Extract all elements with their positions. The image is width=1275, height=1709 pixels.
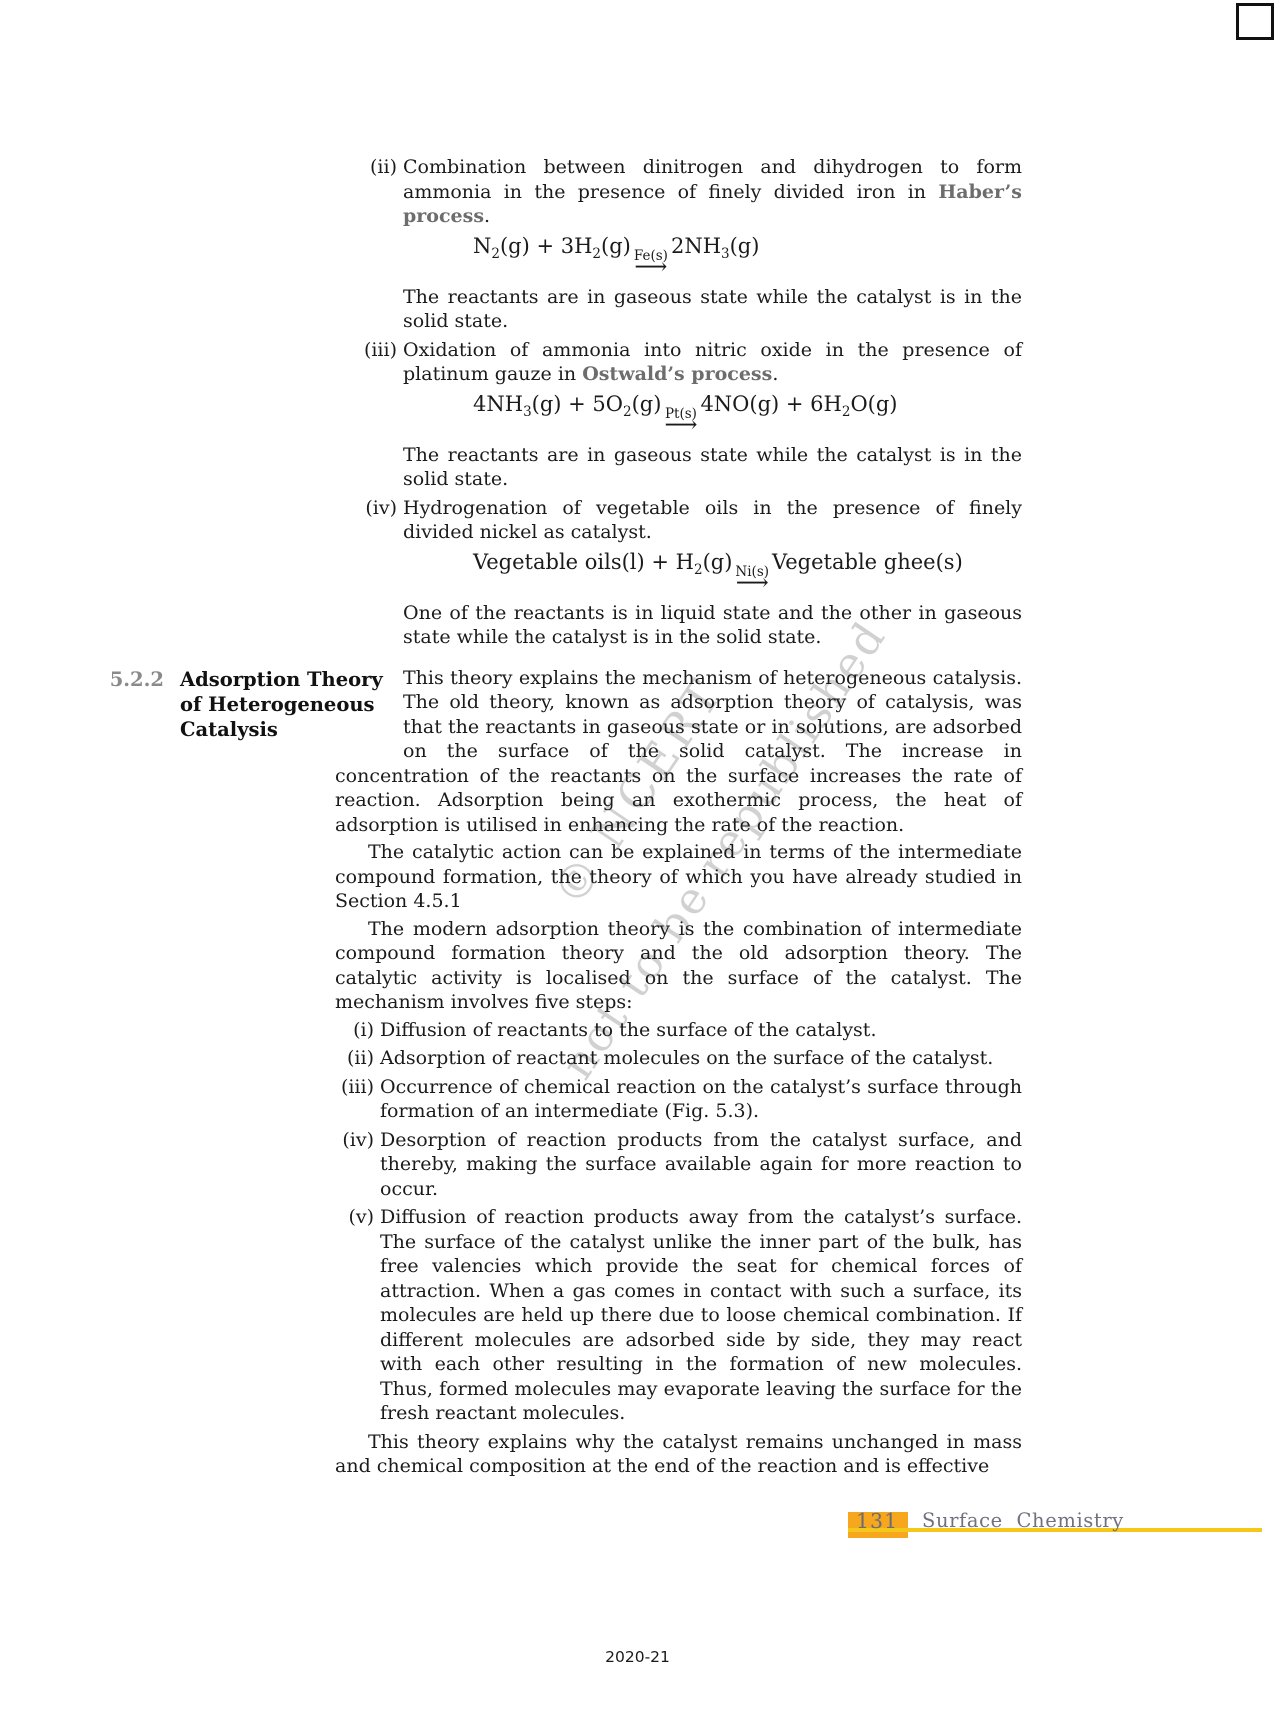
section-5-2-2: 5.2.2 Adsorption Theory of Heterogeneous… <box>335 666 1022 1479</box>
list-item-iii: (iii) Oxidation of ammonia into nitric o… <box>403 338 1022 387</box>
step-number: (iv) <box>342 1128 374 1153</box>
step-i: (i) Diffusion of reactants to the surfac… <box>380 1018 1022 1043</box>
note-paragraph: The reactants are in gaseous state while… <box>403 285 1022 334</box>
step-v: (v) Diffusion of reaction products away … <box>380 1205 1022 1426</box>
main-text-column: (ii) Combination between dinitrogen and … <box>335 155 1022 1482</box>
arrow-icon: ⟶ <box>664 414 697 436</box>
step-number: (v) <box>348 1205 374 1230</box>
section-paragraph-1: This theory explains the mechanism of he… <box>335 666 1022 838</box>
step-text: Occurrence of chemical reaction on the c… <box>380 1075 1022 1124</box>
textbook-page: © NCERT not to be republished (ii) Combi… <box>0 0 1275 1709</box>
list-item-number: (iv) <box>365 496 397 521</box>
corner-marker-box <box>1236 3 1274 40</box>
page-number: 131 <box>856 1509 898 1533</box>
step-number: (i) <box>353 1018 374 1043</box>
chapter-title: Surface Chemistry <box>922 1509 1124 1532</box>
reaction-arrow: Ni(s)⟶ <box>735 565 769 594</box>
edition-year: 2020-21 <box>605 1648 670 1666</box>
section-title: Adsorption Theory of Heterogeneous Catal… <box>180 668 383 741</box>
step-iv: (iv) Desorption of reaction products fro… <box>380 1128 1022 1202</box>
list-item-iv: (iv) Hydrogenation of vegetable oils in … <box>403 496 1022 545</box>
equation-haber-process: N2(g) + 3H2(g)Fe(s)⟶2NH3(g) <box>473 233 1022 278</box>
list-item-number: (ii) <box>370 155 397 180</box>
equation-ostwald-process: 4NH3(g) + 5O2(g)Pt(s)⟶4NO(g) + 6H2O(g) <box>473 391 1022 436</box>
section-paragraph-2: The catalytic action can be explained in… <box>335 840 1022 914</box>
section-number: 5.2.2 <box>110 667 164 692</box>
list-item-text: Combination between dinitrogen and dihyd… <box>403 155 1022 229</box>
arrow-icon: ⟶ <box>634 256 667 278</box>
section-heading: 5.2.2 Adsorption Theory of Heterogeneous… <box>180 667 392 742</box>
equation-hydrogenation: Vegetable oils(l) + H2(g)Ni(s)⟶Vegetable… <box>473 549 1022 594</box>
mechanism-steps-list: (i) Diffusion of reactants to the surfac… <box>335 1018 1022 1426</box>
step-text: Diffusion of reaction products away from… <box>380 1205 1022 1426</box>
step-text: Diffusion of reactants to the surface of… <box>380 1018 1022 1043</box>
reaction-arrow: Fe(s)⟶ <box>634 249 668 278</box>
step-iii: (iii) Occurrence of chemical reaction on… <box>380 1075 1022 1124</box>
step-number: (ii) <box>347 1046 374 1071</box>
step-number: (iii) <box>341 1075 374 1100</box>
arrow-icon: ⟶ <box>736 572 769 594</box>
step-text: Desorption of reaction products from the… <box>380 1128 1022 1202</box>
keyword-ostwalds-process: Ostwald’s process <box>582 363 772 385</box>
section-paragraph-3: The modern adsorption theory is the comb… <box>335 917 1022 1015</box>
list-item-ii: (ii) Combination between dinitrogen and … <box>403 155 1022 229</box>
note-paragraph: One of the reactants is in liquid state … <box>403 601 1022 650</box>
list-item-text: Oxidation of ammonia into nitric oxide i… <box>403 338 1022 387</box>
step-ii: (ii) Adsorption of reactant molecules on… <box>380 1046 1022 1071</box>
step-text: Adsorption of reactant molecules on the … <box>380 1046 1022 1071</box>
section-paragraph-4: This theory explains why the catalyst re… <box>335 1430 1022 1479</box>
list-item-number: (iii) <box>364 338 397 363</box>
reaction-arrow: Pt(s)⟶ <box>664 407 697 436</box>
note-paragraph: The reactants are in gaseous state while… <box>403 443 1022 492</box>
list-item-text: Hydrogenation of vegetable oils in the p… <box>403 496 1022 545</box>
